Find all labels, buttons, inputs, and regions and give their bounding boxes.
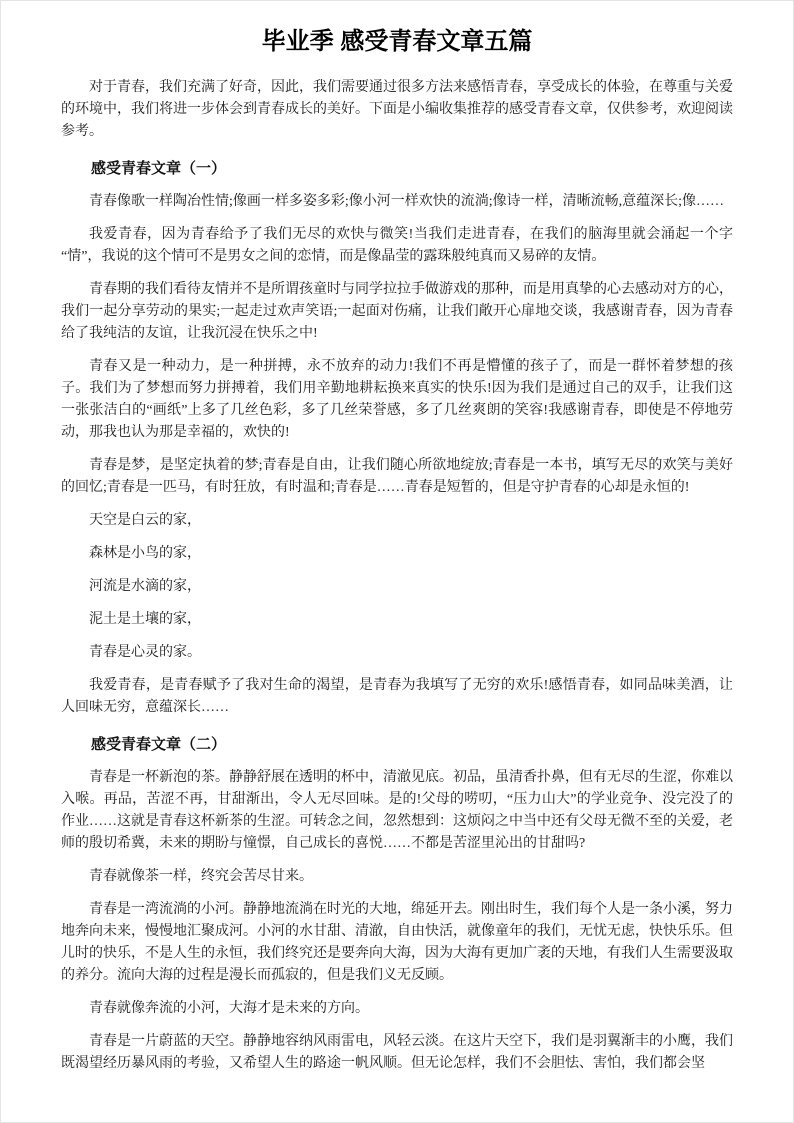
section-2-paragraph-5: 青春是一片蔚蓝的天空。静静地容纳风雨雷电，风轻云淡。在这片天空下，我们是羽翼渐丰…: [61, 1031, 733, 1075]
section-1-paragraph-4: 青春又是一种动力，是一种拼搏，永不放弃的动力!我们不再是懵懂的孩子了，而是一群怀…: [61, 356, 733, 444]
section-2-paragraph-3: 青春是一湾流淌的小河。静静地流淌在时光的大地，绵延开去。刚出时生，我们每个人是一…: [61, 899, 733, 987]
section-1-paragraph-1: 青春像歌一样陶冶性情;像画一样多姿多彩;像小河一样欢快的流淌;像诗一样，清晰流畅…: [61, 191, 733, 213]
section-1-paragraph-2: 我爱青春，因为青春给予了我们无尽的欢快与微笑!当我们走进青春，在我们的脑海里就会…: [61, 224, 733, 268]
section-1-paragraph-5: 青春是梦，是坚定执着的梦;青春是自由，让我们随心所欲地绽放;青春是一本书，填写无…: [61, 455, 733, 499]
intro-paragraph: 对于青春，我们充满了好奇，因此，我们需要通过很多方法来感悟青春，享受成长的体验，…: [61, 77, 733, 143]
section-1-heading: 感受青春文章（一）: [61, 158, 733, 180]
section-1-closing-paragraph: 我爱青春，是青春赋予了我对生命的渴望，是青春为我填写了无穷的欢乐!感悟青春，如同…: [61, 675, 733, 719]
document-page: 毕业季 感受青春文章五篇 对于青春，我们充满了好奇，因此，我们需要通过很多方法来…: [0, 0, 794, 1123]
verse-line-4: 泥土是土壤的家，: [61, 609, 733, 631]
section-2-paragraph-1: 青春是一杯新泡的茶。静静舒展在透明的杯中，清澈见底。初品，虽清香扑鼻，但有无尽的…: [61, 767, 733, 855]
section-2-heading: 感受青春文章（二）: [61, 734, 733, 756]
verse-line-3: 河流是水滴的家，: [61, 576, 733, 598]
verse-line-5: 青春是心灵的家。: [61, 642, 733, 664]
section-1-paragraph-3: 青春期的我们看待友情并不是所谓孩童时与同学拉拉手做游戏的那种，而是用真挚的心去感…: [61, 279, 733, 345]
document-title: 毕业季 感受青春文章五篇: [61, 27, 733, 57]
section-2-paragraph-4: 青春就像奔流的小河，大海才是未来的方向。: [61, 998, 733, 1020]
verse-line-2: 森林是小鸟的家，: [61, 543, 733, 565]
verse-line-1: 天空是白云的家，: [61, 510, 733, 532]
section-2-paragraph-2: 青春就像茶一样，终究会苦尽甘来。: [61, 866, 733, 888]
